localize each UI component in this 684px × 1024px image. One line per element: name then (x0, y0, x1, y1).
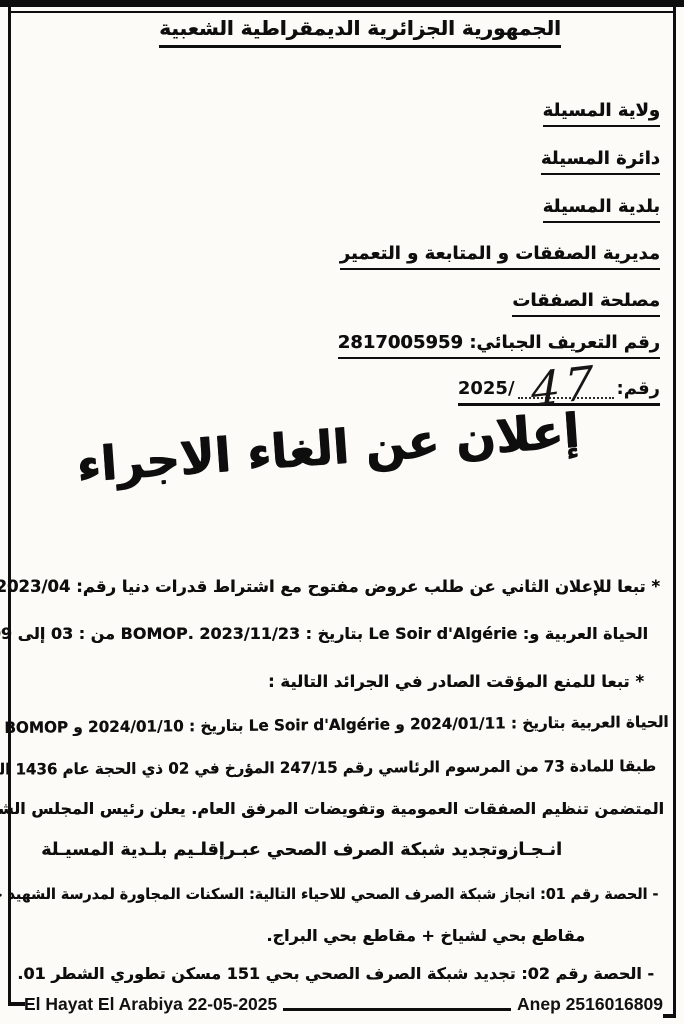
footer-anep-number: Anep 2516016809 (517, 994, 663, 1015)
temporary-ban-line-2: الحياة العربية بتاريخ : 2024/01/11 و Le … (0, 713, 669, 739)
frame-inner-top-rule (8, 11, 676, 13)
org-line-commune: بلدية المسيلة (543, 196, 660, 223)
org-line-daira: دائرة المسيلة (541, 148, 660, 175)
temporary-ban-line-1: * تبعا للمنع المؤقت الصادر في الجرائد ال… (268, 672, 644, 691)
footer-rule (283, 1008, 511, 1011)
reference-number-line: رقم: 47 /2025 (458, 378, 660, 406)
decree-line-1: طبقا للمادة 73 من المرسوم الرئاسي رقم 24… (0, 757, 656, 780)
frame-left-border (8, 4, 11, 1006)
reference-year: /2025 (458, 378, 515, 399)
frame-right-border (673, 4, 676, 1018)
project-title: انـجـازوتجديد شبكة الصرف الصحي عبـرإقلـي… (41, 840, 562, 860)
reference-number-label: رقم: (617, 378, 660, 399)
org-line-directorate: مديرية الصفقات و المتابعة و التعمير (340, 243, 660, 270)
republic-title-row: الجمهورية الجزائرية الديمقراطية الشعبية (0, 16, 684, 48)
org-line-wilaya: ولاية المسيلة (543, 100, 660, 127)
announcement-title-row: إعلان عن الغاء الاجراء (0, 420, 684, 475)
tender-notice-line-1: * تبعا للإعلان الثاني عن طلب عروض مفتوح … (0, 577, 660, 596)
lot-1-line-2: مقاطع بحي لشياخ + مقاطع بحي البراج. (266, 926, 585, 945)
frame-bottom-right-foot (663, 1014, 676, 1018)
footer: El Hayat El Arabiya 22-05-2025 Anep 2516… (24, 994, 663, 1015)
frame-top-bar (0, 0, 684, 7)
lot-2-line: - الحصة رقم 02: تجديد شبكة الصرف الصحي ب… (17, 964, 654, 983)
tender-notice-line-2: الحياة العربية و: Le Soir d'Algérie بتار… (0, 624, 648, 643)
handwritten-ref-number: 47 (531, 359, 598, 413)
org-line-service: مصلحة الصفقات (512, 290, 660, 317)
document-page: الجمهورية الجزائرية الديمقراطية الشعبية … (0, 0, 684, 1024)
decree-line-2: المتضمن تنظيم الصفقات العمومية وتفويضات … (0, 799, 664, 818)
announcement-title: إعلان عن الغاء الاجراء (75, 403, 581, 493)
dotted-fill: 47 (518, 385, 614, 399)
lot-1-line-1: - الحصة رقم 01: انجاز شبكة الصرف الصحي ل… (0, 885, 658, 903)
footer-newspaper-date: El Hayat El Arabiya 22-05-2025 (24, 994, 277, 1015)
republic-title: الجمهورية الجزائرية الديمقراطية الشعبية (159, 16, 561, 48)
frame-bottom-left-foot (8, 1002, 25, 1006)
org-line-tax-id: رقم التعريف الجبائي: 2817005959 (338, 332, 660, 359)
